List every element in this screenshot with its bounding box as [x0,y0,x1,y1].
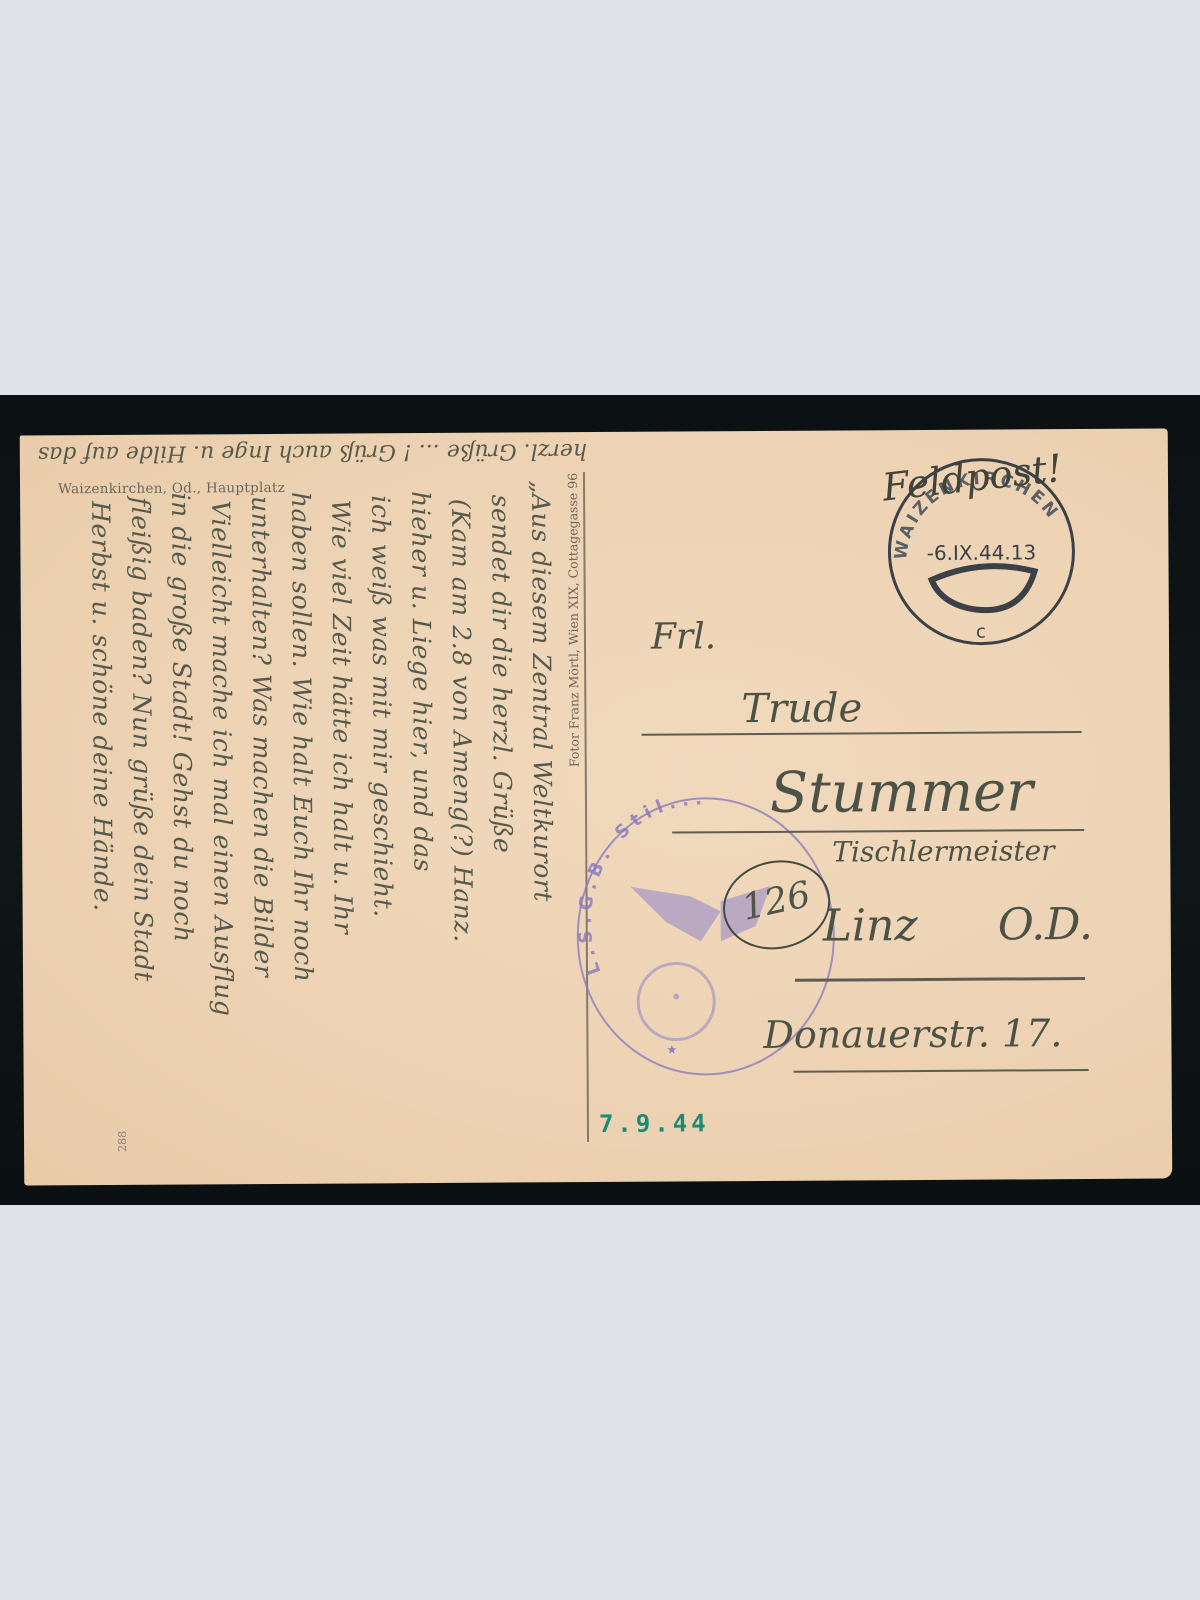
sorting-number: 126 [738,874,814,929]
address-region: O.D. [998,899,1093,951]
handwritten-message: „Aus diesem Zentral Weltkurortsendet dir… [50,450,574,1153]
postmark-date: -6.IX.44.13 [927,540,1037,565]
postmark-letter: c [976,622,986,643]
postcard: Waizenkirchen, Od., Hauptplatz Fotor Fra… [20,429,1173,1186]
message-line: in die große Stadt! Gehst du noch [166,492,198,942]
message-line: haben sollen. Wie halt Euch Ihr noch [286,492,318,983]
svg-text:L.S.G.B. Stil...: L.S.G.B. Stil... [574,791,710,978]
message-line: Herbst u. schöne deine Hände. [86,501,118,912]
address-surname: Stummer [770,759,1033,826]
address-rule-3 [795,977,1085,981]
message-line: hieher u. Liege hier, und das [406,491,437,872]
message-line: unterhalten? Was machen die Bilder [246,496,278,977]
message-line: „Aus diesem Zentral Weltkurort [526,480,558,902]
message-line: ich weiß was mit mir geschieht. [366,495,398,918]
message-line: Wie viel Zeit hätte ich halt u. Ihr [326,499,358,934]
address-city: Linz [823,900,918,952]
address-street: Donauerstr. 17. [763,1011,1062,1057]
received-date: 7.9.44 [599,1109,710,1138]
address-rule-1 [642,731,1082,735]
message-line: fleißig baden? Nun grüße dein Stadt [126,497,158,983]
message-line: Vielleicht mache ich mal einen Ausflug [206,500,238,1016]
address-occupation: Tischlermeister [832,834,1054,868]
message-line: (Kam am 2.8 von Ameng(?) Hanz. [446,499,478,943]
censor-text: L.S.G.B. Stil... [574,791,710,978]
svg-text:★: ★ [666,1043,677,1057]
message-line: sendet dir die herzl. Grüße [486,494,517,853]
address-first-name: Trude [741,685,862,732]
address-salutation: Frl. [651,616,716,657]
